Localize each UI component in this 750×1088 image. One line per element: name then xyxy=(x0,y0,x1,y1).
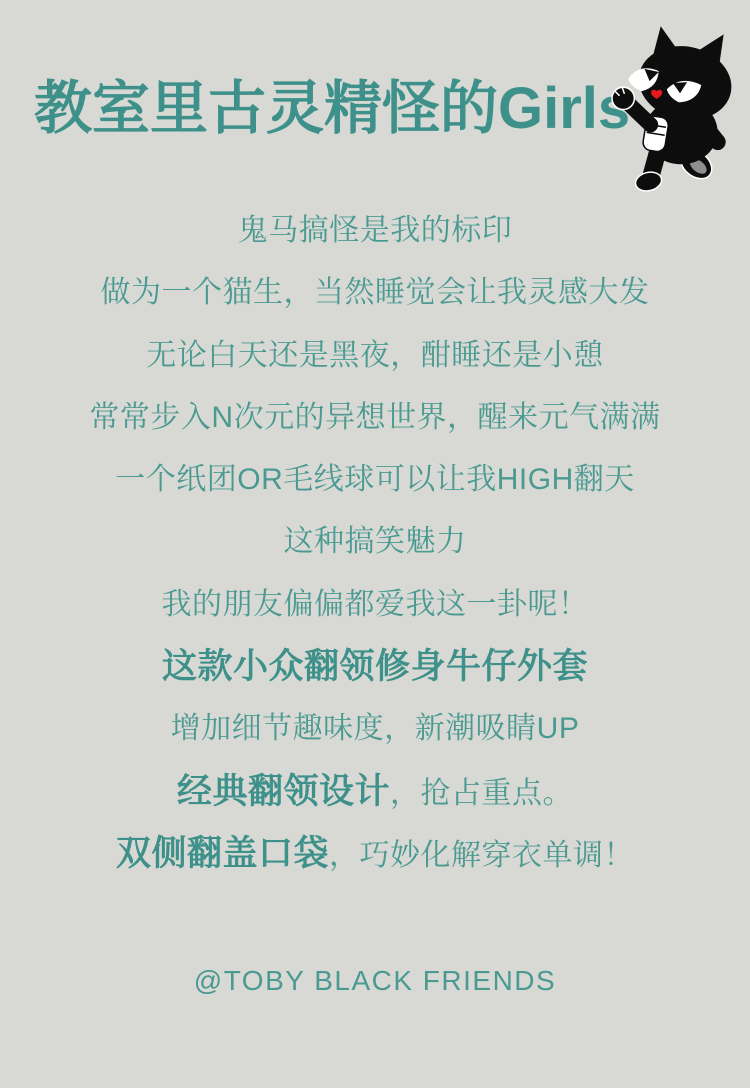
body-line: 一个纸团OR毛线球可以让我HIGH翻天 xyxy=(0,449,750,511)
body-line-text: 我的朋友偏偏都爱我这一卦呢！ xyxy=(162,588,589,621)
body-line-emphasis: 这款小众翻领修身牛仔外套 xyxy=(162,647,588,686)
body-line: 这种搞笑魅力 xyxy=(0,511,750,573)
body-line: 经典翻领设计，抢占重点。 xyxy=(0,761,750,823)
body-line-text: 鬼马搞怪是我的标印 xyxy=(238,214,513,247)
body-lines: 鬼马搞怪是我的标印做为一个猫生，当然睡觉会让我灵感大发无论白天还是黑夜，酣睡还是… xyxy=(0,200,750,885)
page-title: 教室里古灵精怪的Girls xyxy=(34,80,630,138)
body-line: 双侧翻盖口袋，巧妙化解穿衣单调！ xyxy=(0,823,750,885)
body-line: 我的朋友偏偏都爱我这一卦呢！ xyxy=(0,574,750,636)
black-cat-icon xyxy=(610,20,748,198)
body-line: 鬼马搞怪是我的标印 xyxy=(0,200,750,262)
body-line-text: 这种搞笑魅力 xyxy=(284,525,467,558)
body-line-text: 做为一个猫生，当然睡觉会让我灵感大发 xyxy=(101,276,650,309)
body-line-text: ，巧妙化解穿衣单调！ xyxy=(329,839,634,872)
body-line-emphasis: 经典翻领设计 xyxy=(177,772,390,811)
body-line-text: 无论白天还是黑夜，酣睡还是小憩 xyxy=(146,339,604,372)
body-line: 无论白天还是黑夜，酣睡还是小憩 xyxy=(0,325,750,387)
body-line-emphasis: 双侧翻盖口袋 xyxy=(116,834,329,873)
footer: @TOBY BLACK FRIENDS xyxy=(0,966,750,997)
body-line: 增加细节趣味度，新潮吸睛UP xyxy=(0,698,750,760)
body-line: 做为一个猫生，当然睡觉会让我灵感大发 xyxy=(0,262,750,324)
body-line-text: 增加细节趣味度，新潮吸睛UP xyxy=(171,712,580,745)
brand-credit: @TOBY BLACK FRIENDS xyxy=(194,965,556,996)
body-line: 常常步入N次元的异想世界，醒来元气满满 xyxy=(0,387,750,449)
body-line-text: 一个纸团OR毛线球可以让我HIGH翻天 xyxy=(115,463,635,496)
tmall-cat-mascot xyxy=(610,20,748,198)
body-line-text: 常常步入N次元的异想世界，醒来元气满满 xyxy=(89,401,660,434)
body-line: 这款小众翻领修身牛仔外套 xyxy=(0,636,750,698)
product-detail-page: 教室里古灵精怪的Girls xyxy=(0,0,750,1088)
body-line-text: ，抢占重点。 xyxy=(390,777,573,810)
